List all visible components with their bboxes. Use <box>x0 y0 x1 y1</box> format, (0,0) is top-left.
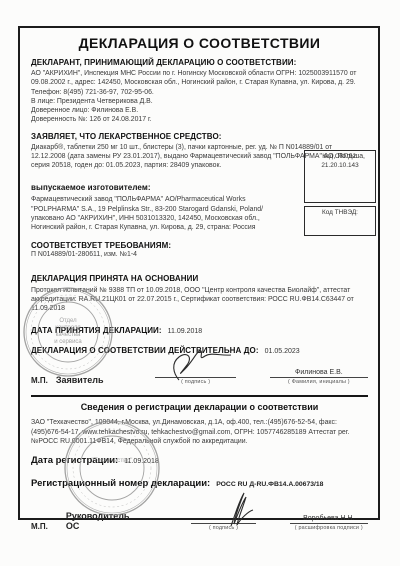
applicant-role-label: Заявитель <box>56 375 104 385</box>
tnved-code-box: Код ТНВЭД: <box>304 206 376 236</box>
stamp1-line1: Отдел <box>59 318 77 324</box>
applicant-name-caption: ( Фамилия, инициалы ) <box>270 379 368 385</box>
okpd2-value: 21.20.10.143 <box>305 162 375 171</box>
applicant-sign-block: ( подпись ) <box>155 377 235 385</box>
head-signature-icon <box>201 491 271 527</box>
declarant-body: АО "АКРИХИН", Инспекция МНС России по г.… <box>31 69 368 88</box>
applicant-signature-icon <box>165 347 235 381</box>
head-role-label: Руководитель ОС <box>66 511 130 531</box>
head-name-block: Воробьева Н.Н. ( расшифровка подписи ) <box>290 515 368 531</box>
head-sign-block: ( подпись ) <box>191 523 255 531</box>
manufacturer-heading: выпускаемое изготовителем: <box>31 183 283 192</box>
conforms-section: СООТВЕТСТВУЕТ ТРЕБОВАНИЯМ: П N014889/01-… <box>31 241 283 259</box>
registration-heading: Сведения о регистрации декларации о соот… <box>31 402 368 412</box>
declarant-in-person: В лице: Президента Четверикова Д.В. <box>31 97 368 106</box>
manufacturer-section: выпускаемое изготовителем: Фармацевтичес… <box>31 183 283 232</box>
registration-number-row: Регистрационный номер декларации: РОСС R… <box>31 478 368 489</box>
registration-date-row: Дата регистрации: 11.09.2018 <box>31 455 368 466</box>
valid-until-value: 01.05.2023 <box>265 348 300 355</box>
applicant-signature-row: М.П. Заявитель ( подпись ) Филинова Е.В.… <box>31 369 368 385</box>
head-mp-label: М.П. <box>31 522 48 531</box>
basis-heading: ДЕКЛАРАЦИЯ ПРИНЯТА НА ОСНОВАНИИ <box>31 274 368 283</box>
tnved-label: Код ТНВЭД: <box>305 209 375 218</box>
applicant-name-line <box>270 377 368 378</box>
okpd2-label: Код ОКПД2: <box>305 153 375 162</box>
head-name-caption: ( расшифровка подписи ) <box>290 525 368 531</box>
acceptance-date-label: ДАТА ПРИНЯТИЯ ДЕКЛАРАЦИИ: <box>31 326 162 335</box>
head-name-line <box>290 523 368 524</box>
registration-date-label: Дата регистрации: <box>31 455 118 466</box>
document-border-frame: ДЕКЛАРАЦИЯ О СООТВЕТСТВИИ ДЕКЛАРАНТ, ПРИ… <box>18 26 380 520</box>
declarant-heading: ДЕКЛАРАНТ, ПРИНИМАЮЩИЙ ДЕКЛАРАЦИЮ О СООТ… <box>31 58 368 67</box>
registration-number-label: Регистрационный номер декларации: <box>31 478 210 489</box>
applicant-mp-label: М.П. <box>31 376 48 385</box>
registration-date-value: 11.09.2018 <box>124 458 159 465</box>
head-name: Воробьева Н.Н. <box>290 515 368 522</box>
acceptance-date-row: ДАТА ПРИНЯТИЯ ДЕКЛАРАЦИИ: 11.09.2018 <box>31 326 368 335</box>
declarant-power-of-attorney: Доверенность №: 126 от 24.08.2017 г. <box>31 115 368 124</box>
page-title: ДЕКЛАРАЦИЯ О СООТВЕТСТВИИ <box>31 35 368 51</box>
basis-body: Протокол испытаний № 9388 ТП от 10.09.20… <box>31 286 368 314</box>
scanned-declaration-page: ДЕКЛАРАЦИЯ О СООТВЕТСТВИИ ДЕКЛАРАНТ, ПРИ… <box>0 0 400 566</box>
declares-heading: ЗАЯВЛЯЕТ, ЧТО ЛЕКАРСТВЕННОЕ СРЕДСТВО: <box>31 132 368 141</box>
registration-body: ЗАО "Техкачество", 109044, г.Москва, ул.… <box>31 418 368 446</box>
basis-section: ДЕКЛАРАЦИЯ ПРИНЯТА НА ОСНОВАНИИ Протокол… <box>31 274 368 314</box>
declarant-section: ДЕКЛАРАНТ, ПРИНИМАЮЩИЙ ДЕКЛАРАЦИЮ О СООТ… <box>31 58 368 125</box>
conforms-heading: СООТВЕТСТВУЕТ ТРЕБОВАНИЯМ: <box>31 241 283 250</box>
head-signature-row: М.П. Руководитель ОС ( подпись ) Воробье… <box>31 511 368 531</box>
stamp1-line4: и сервиса <box>54 339 82 345</box>
section-divider <box>31 395 368 397</box>
registration-number-value: РОСС RU Д-RU.ФВ14.А.00673/18 <box>216 481 323 488</box>
manufacturer-body: Фармацевтический завод "ПОЛЬФАРМА" АО/Ph… <box>31 195 283 232</box>
applicant-name: Филинова Е.В. <box>270 369 368 376</box>
acceptance-date-value: 11.09.2018 <box>168 328 203 335</box>
declarant-phone: Телефон: 8(495) 721-36-97, 702-95-06. <box>31 88 368 97</box>
applicant-name-block: Филинова Е.В. ( Фамилия, инициалы ) <box>270 369 368 385</box>
conforms-body: П N014889/01-280611, изм. №1-4 <box>31 250 283 259</box>
declarant-trustee: Доверенное лицо: Филинова Е.В. <box>31 106 368 115</box>
okpd2-code-box: Код ОКПД2: 21.20.10.143 <box>304 150 376 203</box>
